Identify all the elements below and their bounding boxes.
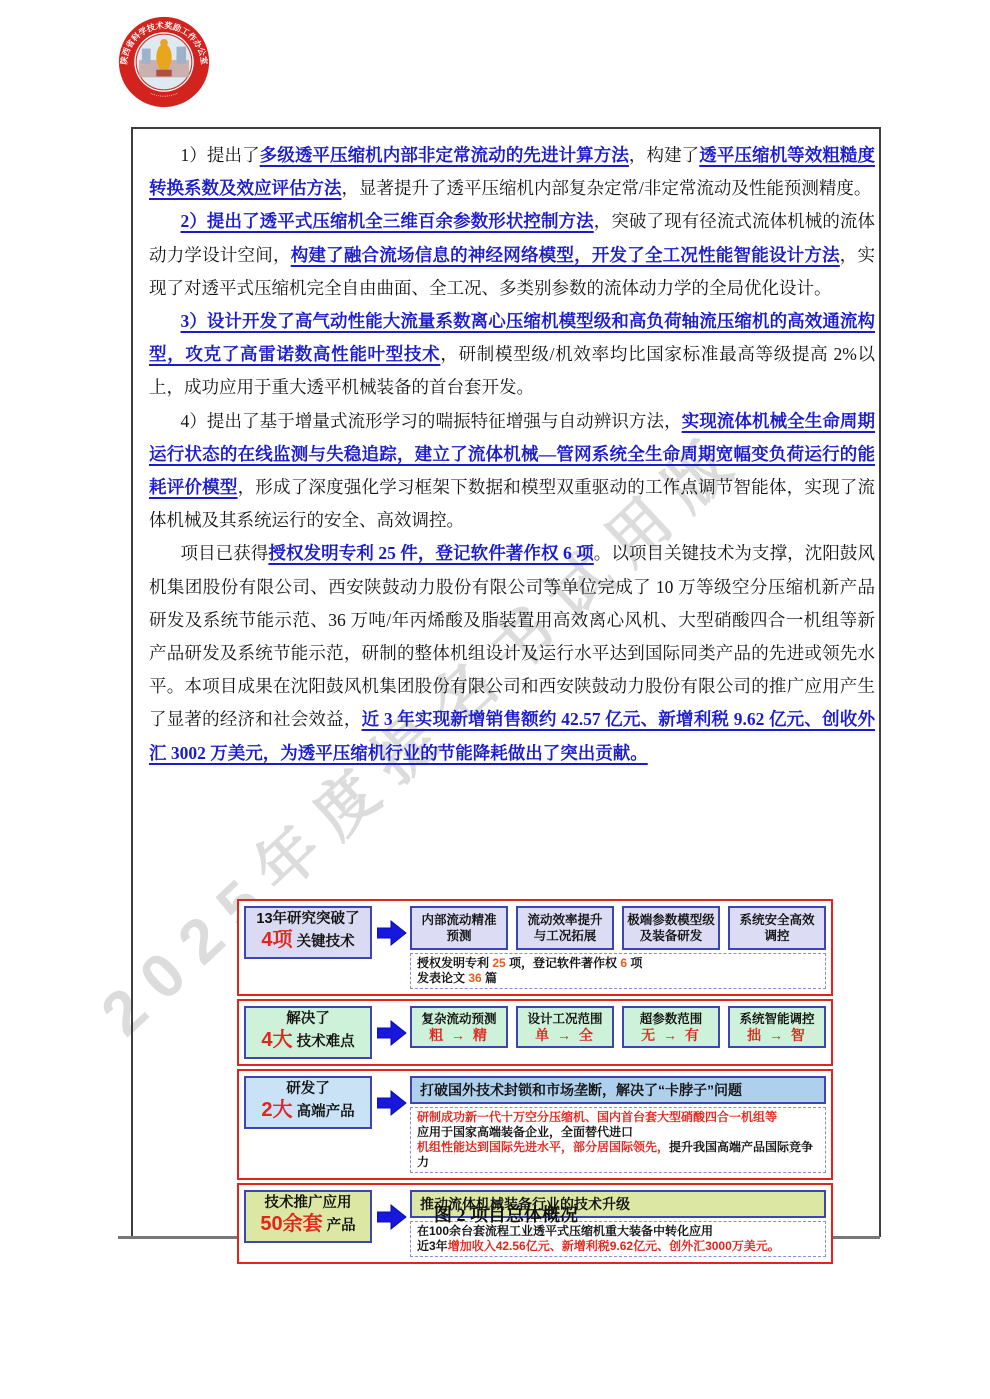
row3-note-line2: 应用于国家高端装备企业，全面替代进口	[417, 1125, 819, 1140]
row2-left-line2: 4大 技术难点	[246, 1029, 370, 1054]
text-run: 应用于国家高端装备企业，全面替代进口	[417, 1125, 633, 1139]
text-run: 发表论文	[417, 971, 468, 985]
text-run: 4）提出了基于增量式流形学习的喘振特征增强与自动辨识方法，	[181, 411, 682, 431]
text-run: 项，登记软件著作权	[506, 956, 621, 970]
row2-difficulty-boxes: 复杂流动预测粗 → 精设计工况范围单 → 全超参数范围无 → 有系统智能调控拙 …	[410, 1006, 826, 1048]
right-arrow-icon	[377, 919, 407, 947]
paragraph: 1）提出了多级透平压缩机内部非定常流动的先进计算方法，构建了透平压缩机等效粗糙度…	[149, 139, 875, 205]
row3-headline-bar: 打破国外技术封锁和市场垄断，解决了“卡脖子”问题	[410, 1076, 826, 1104]
technology-box: 流动效率提升 与工况拓展	[516, 906, 614, 950]
text-run: 近3年	[417, 1239, 448, 1253]
row3-right-column: 打破国外技术封锁和市场垄断，解决了“卡脖子”问题 研制成功新一代十万空分压缩机、…	[410, 1076, 826, 1173]
text-run: ，形成了深度强化学习框架下数据和模型双重驱动的工作点调节智能体，实现了流体机械及…	[149, 477, 875, 530]
text-run: 2）提出了透平式压缩机全三维百余参数形状控制方法	[181, 211, 594, 231]
technology-box: 极端参数模型级 及装备研发	[622, 906, 720, 950]
row3-left-line1: 研发了	[246, 1080, 370, 1099]
row2-right-column: 复杂流动预测粗 → 精设计工况范围单 → 全超参数范围无 → 有系统智能调控拙 …	[410, 1006, 826, 1048]
row1-left-box: 13年研究突破了 4项 关键技术	[244, 906, 372, 959]
technology-box: 内部流动精准 预测	[410, 906, 508, 950]
row3-left-wrap: 研发了 2大 高端产品	[244, 1076, 410, 1129]
right-arrow-icon	[377, 1089, 407, 1117]
figure-caption: 图 2 项目总体概况	[131, 1201, 881, 1227]
difficulty-title: 设计工况范围	[527, 1011, 602, 1027]
row1-left-rest: 关键技术	[293, 934, 355, 950]
patents-note-line: 授权发明专利 25 项，登记软件著作权 6 项	[417, 956, 819, 971]
text-run: ，显著提升了透平压缩机内部复杂定常/非定常流动及性能预测精度。	[342, 178, 872, 198]
difficulty-box: 设计工况范围单 → 全	[516, 1006, 614, 1048]
text-run: 篇	[482, 971, 497, 985]
text-run: 项目已获得	[181, 543, 269, 563]
text-run: 多级透平压缩机内部非定常流动的先进计算方法	[260, 145, 629, 165]
paragraph: 项目已获得授权发明专利 25 件，登记软件著作权 6 项。以项目关键技术为支撑，…	[149, 537, 875, 769]
paragraph: 2）提出了透平式压缩机全三维百余参数形状控制方法，突破了现有径流式流体机械的流体…	[149, 205, 875, 305]
row3-left-number: 2大	[261, 1099, 292, 1121]
row1-right-column: 内部流动精准 预测流动效率提升 与工况拓展极端参数模型级 及装备研发系统安全高效…	[410, 906, 826, 989]
row3-note-line1: 研制成功新一代十万空分压缩机、国内首台套大型硝酸四合一机组等	[417, 1110, 819, 1125]
row3-detail-note: 研制成功新一代十万空分压缩机、国内首台套大型硝酸四合一机组等 应用于国家高端装备…	[410, 1107, 826, 1173]
row2-left-number: 4大	[261, 1029, 292, 1051]
row3-left-rest: 高端产品	[293, 1104, 355, 1120]
row4-note-line2: 近3年增加收入42.56亿元、新增利税9.62亿元、创外汇3000万美元。	[417, 1239, 819, 1254]
row1-left-line2: 4项 关键技术	[246, 929, 370, 954]
row1-left-wrap: 13年研究突破了 4项 关键技术	[244, 906, 410, 959]
figure-row-difficulties: 解决了 4大 技术难点 复杂流动预测粗 → 精设计工况范围单 → 全超参数范围无…	[237, 999, 833, 1066]
text-run: 机组性能达到国际先进水平，部分居国际领先，	[417, 1140, 669, 1154]
row3-left-box: 研发了 2大 高端产品	[244, 1076, 372, 1129]
difficulty-title: 超参数范围	[640, 1011, 703, 1027]
document-page: 2025年度提名书试用版 陕西省科学技术奖励工作办公室 • • • • • • …	[0, 0, 990, 1399]
text-run: 25	[492, 956, 505, 970]
difficulty-box: 超参数范围无 → 有	[622, 1006, 720, 1048]
row2-left-line1: 解决了	[246, 1010, 370, 1029]
row1-technology-boxes: 内部流动精准 预测流动效率提升 与工况拓展极端参数模型级 及装备研发系统安全高效…	[410, 906, 826, 950]
row3-note-line3: 机组性能达到国际先进水平，部分居国际领先，提升我国高端产品国际竞争力	[417, 1140, 819, 1170]
text-run: 1）提出了	[181, 145, 260, 165]
text-run: 项	[627, 956, 642, 970]
paragraph: 4）提出了基于增量式流形学习的喘振特征增强与自动辨识方法，实现流体机械全生命周期…	[149, 405, 875, 538]
text-run: 研制成功新一代十万空分压缩机、国内首台套大型硝酸四合一机组等	[417, 1110, 777, 1124]
row2-left-wrap: 解决了 4大 技术难点	[244, 1006, 410, 1059]
text-run: 增加收入42.56亿元、新增利税9.62亿元、创外汇3000万美元。	[448, 1239, 780, 1253]
text-run: 授权发明专利	[417, 956, 492, 970]
row2-left-rest: 技术难点	[293, 1034, 355, 1050]
row1-left-number: 4项	[261, 929, 292, 951]
row3-left-line2: 2大 高端产品	[246, 1099, 370, 1124]
figure-row-products: 研发了 2大 高端产品 打破国外技术封锁和市场垄断，解决了“卡脖子”问题 研制成…	[237, 1069, 833, 1180]
award-office-seal-logo: 陕西省科学技术奖励工作办公室 • • • • • • • • • • • • •…	[116, 14, 212, 110]
body-text: 1）提出了多级透平压缩机内部非定常流动的先进计算方法，构建了透平压缩机等效粗糙度…	[133, 129, 879, 770]
papers-note-line: 发表论文 36 篇	[417, 971, 819, 986]
text-run: 授权发明专利 25 件，登记软件著作权 6 项	[268, 543, 593, 563]
difficulty-change: 单 → 全	[527, 1027, 602, 1044]
text-run: 36	[468, 971, 481, 985]
text-run: 构建了融合流场信息的神经网络模型，开发了全工况性能智能设计方法	[291, 245, 840, 265]
difficulty-box: 系统智能调控拙 → 智	[728, 1006, 826, 1048]
row1-left-line1: 13年研究突破了	[246, 910, 370, 929]
text-run: 。以项目关键技术为支撑，沈阳鼓风机集团股份有限公司、西安陕鼓动力股份有限公司等单…	[149, 543, 875, 729]
right-arrow-icon	[377, 1019, 407, 1047]
row1-achievements-note: 授权发明专利 25 项，登记软件著作权 6 项 发表论文 36 篇	[410, 953, 826, 989]
difficulty-change: 拙 → 智	[739, 1027, 814, 1044]
text-run: ，构建了	[629, 145, 699, 165]
technology-box: 系统安全高效 调控	[728, 906, 826, 950]
difficulty-change: 粗 → 精	[421, 1027, 496, 1044]
difficulty-change: 无 → 有	[640, 1027, 703, 1044]
figure-row-key-technologies: 13年研究突破了 4项 关键技术 内部流动精准 预测流动效率提升 与工况拓展极端…	[237, 899, 833, 996]
difficulty-title: 系统智能调控	[739, 1011, 814, 1027]
row2-left-box: 解决了 4大 技术难点	[244, 1006, 372, 1059]
difficulty-title: 复杂流动预测	[421, 1011, 496, 1027]
paragraph: 3）设计开发了高气动性能大流量系数离心压缩机模型级和高负荷轴流压缩机的高效通流构…	[149, 305, 875, 405]
difficulty-box: 复杂流动预测粗 → 精	[410, 1006, 508, 1048]
